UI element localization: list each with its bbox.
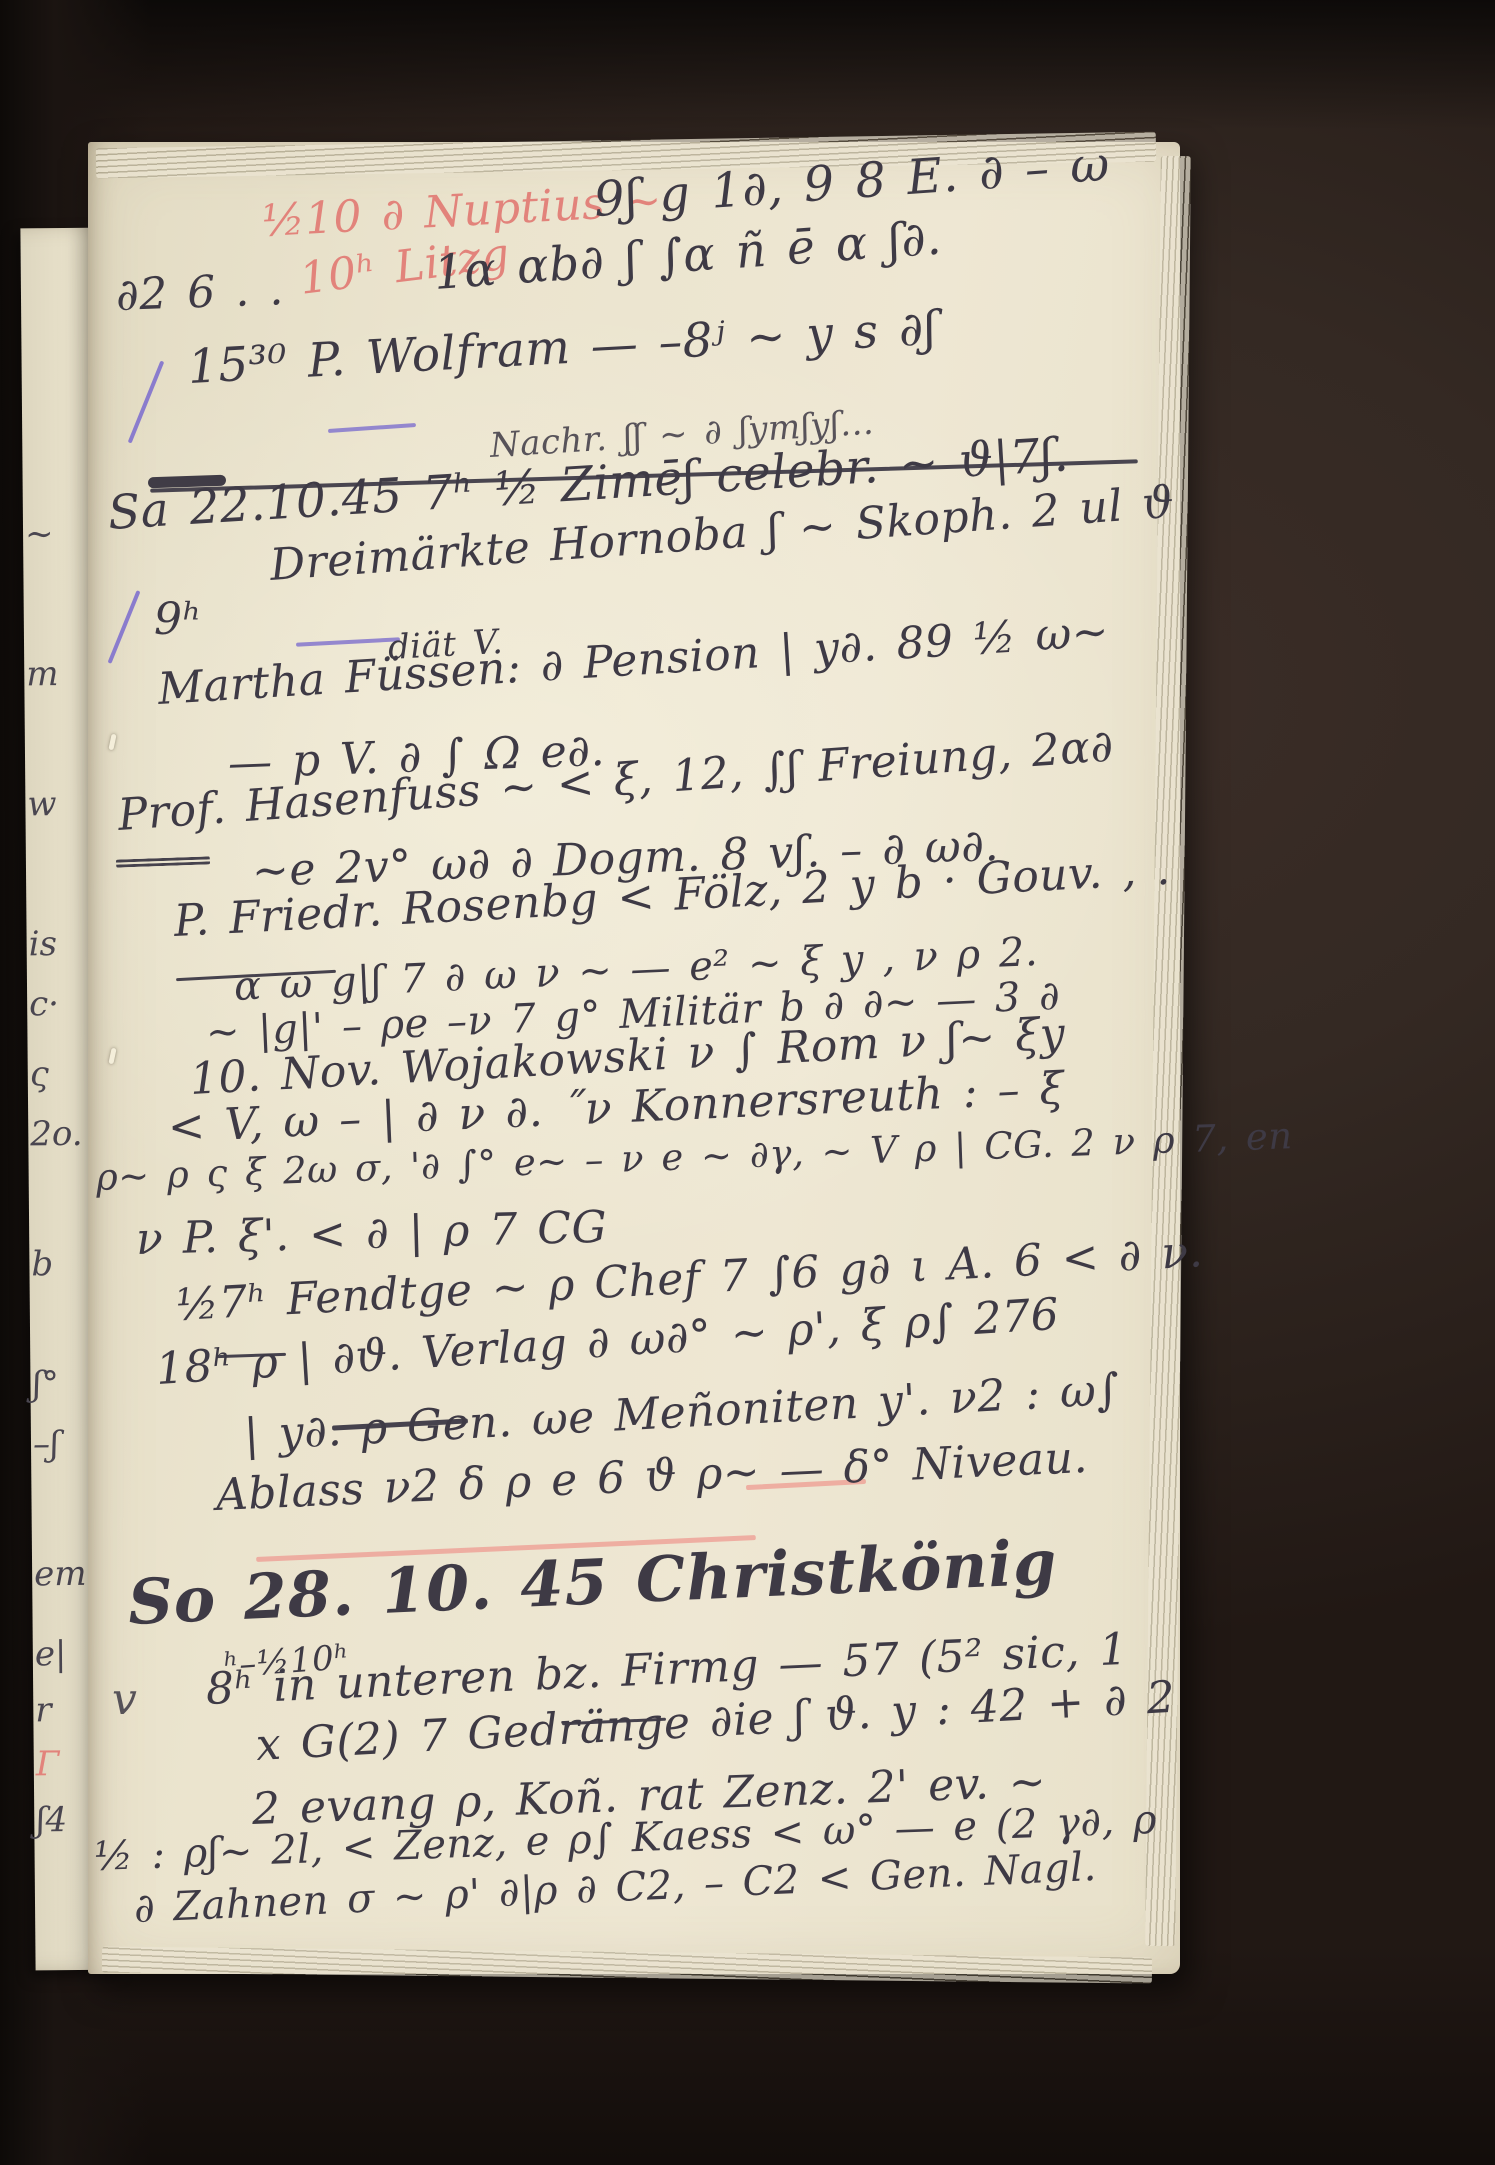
ink-underline-prof [116, 856, 210, 867]
margin-stroke: is [28, 924, 57, 964]
margin-stroke: em [34, 1554, 87, 1594]
margin-stroke: r [35, 1690, 52, 1730]
margin-stroke: ~ [25, 514, 54, 554]
margin-stroke: m [26, 654, 59, 694]
margin-stroke: ς [30, 1054, 49, 1094]
margin-stroke: c· [29, 984, 59, 1024]
binding-stitch [108, 734, 116, 751]
margin-stroke: w [27, 784, 56, 824]
time-9h: 9ʰ [154, 594, 202, 645]
notebook-page: ½10 ∂ Nuptius ~ 9ʃ g 1∂, 9 8 E. ∂ – ω ∂2… [88, 142, 1180, 1974]
shorthand-line: ν P. ξ'. < ∂ | ρ 7 CG [135, 1202, 607, 1265]
binding-stitch [108, 1048, 116, 1065]
shorthand-line: ∂2 6 . . [115, 264, 284, 321]
photo-backdrop: ~ m w is c· ς 2o. b ʃ° –ʃ em e| r Γ ʃ4 ½… [0, 0, 1495, 2165]
appointment-wolfram: 15³⁰ P. Wolfram — –8ʲ ~ y s ∂ʃ [187, 301, 939, 395]
margin-stroke: –ʃ [33, 1424, 60, 1464]
page-stack-edge-bottom [102, 1947, 1152, 1984]
entry-line-martha-fuessen: Martha Füssen: ∂ Pension | y∂. 89 ½ ω~ [156, 606, 1110, 715]
margin-stroke: b [31, 1244, 53, 1284]
margin-stroke: ʃ° [32, 1364, 59, 1404]
margin-stroke-red: Γ [36, 1744, 60, 1784]
blue-pencil-slash [128, 360, 165, 443]
blue-pencil-slash [108, 590, 141, 664]
margin-stroke: e| [35, 1634, 67, 1674]
check-mark: v [112, 1674, 137, 1725]
margin-stroke: ʃ4 [36, 1800, 67, 1840]
blue-underline [328, 423, 416, 433]
blue-underline [296, 637, 400, 646]
margin-stroke: 2o. [30, 1114, 83, 1154]
